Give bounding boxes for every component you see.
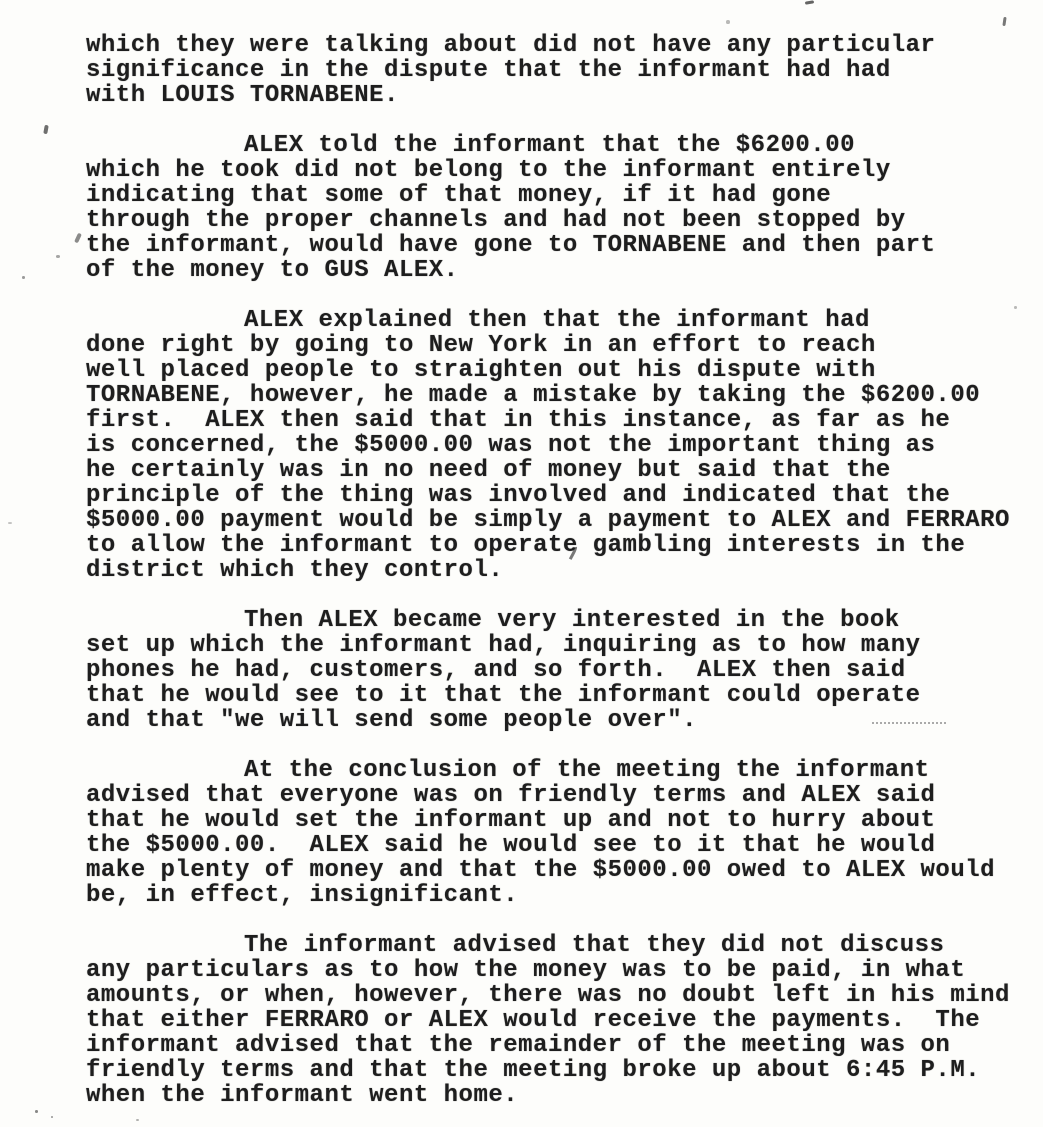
scan-speck bbox=[805, 0, 814, 5]
text-line: which he took did not belong to the info… bbox=[86, 158, 1026, 183]
scan-speck bbox=[22, 276, 25, 279]
text-line: ALEX told the informant that the $6200.0… bbox=[86, 133, 1026, 158]
text-line: amounts, or when, however, there was no … bbox=[86, 983, 1026, 1008]
paragraph: At the conclusion of the meeting the inf… bbox=[86, 758, 1026, 908]
text-line: TORNABENE, however, he made a mistake by… bbox=[86, 383, 1026, 408]
text-line: Then ALEX became very interested in the … bbox=[86, 608, 1026, 633]
scan-speck bbox=[51, 1116, 53, 1118]
text-line: be, in effect, insignificant. bbox=[86, 883, 1026, 908]
text-line: any particulars as to how the money was … bbox=[86, 958, 1026, 983]
text-line: informant advised that the remainder of … bbox=[86, 1033, 1026, 1058]
text-line: indicating that some of that money, if i… bbox=[86, 183, 1026, 208]
text-line: when the informant went home. bbox=[86, 1083, 1026, 1108]
scan-speck bbox=[1002, 17, 1006, 26]
scan-dash-artifact bbox=[872, 722, 946, 724]
text-line: through the proper channels and had not … bbox=[86, 208, 1026, 233]
text-line: At the conclusion of the meeting the inf… bbox=[86, 758, 1026, 783]
text-line: the $5000.00. ALEX said he would see to … bbox=[86, 833, 1026, 858]
text-line: done right by going to New York in an ef… bbox=[86, 333, 1026, 358]
text-line: ALEX explained then that the informant h… bbox=[86, 308, 1026, 333]
text-line: $5000.00 payment would be simply a payme… bbox=[86, 508, 1026, 533]
scan-speck bbox=[43, 125, 49, 135]
scan-speck bbox=[74, 233, 82, 244]
text-line: is concerned, the $5000.00 was not the i… bbox=[86, 433, 1026, 458]
text-line: that he would see to it that the informa… bbox=[86, 683, 1026, 708]
text-line: well placed people to straighten out his… bbox=[86, 358, 1026, 383]
scan-speck bbox=[1014, 306, 1017, 309]
paragraph: The informant advised that they did not … bbox=[86, 933, 1026, 1108]
text-line: that either FERRARO or ALEX would receiv… bbox=[86, 1008, 1026, 1033]
text-line: to allow the informant to operate gambli… bbox=[86, 533, 1026, 558]
text-line: friendly terms and that the meeting brok… bbox=[86, 1058, 1026, 1083]
scanned-document-page: which they were talking about did not ha… bbox=[0, 0, 1043, 1127]
text-line: The informant advised that they did not … bbox=[86, 933, 1026, 958]
text-line: significance in the dispute that the inf… bbox=[86, 58, 1026, 83]
typewritten-text-block: which they were talking about did not ha… bbox=[86, 33, 1026, 1108]
text-line: first. ALEX then said that in this insta… bbox=[86, 408, 1026, 433]
paragraph: ALEX told the informant that the $6200.0… bbox=[86, 133, 1026, 283]
text-line: which they were talking about did not ha… bbox=[86, 33, 1026, 58]
scan-speck bbox=[8, 522, 12, 524]
text-line: district which they control. bbox=[86, 558, 1026, 583]
text-line: and that "we will send some people over"… bbox=[86, 708, 1026, 733]
paragraph: which they were talking about did not ha… bbox=[86, 33, 1026, 108]
scan-speck bbox=[56, 255, 60, 258]
text-line: advised that everyone was on friendly te… bbox=[86, 783, 1026, 808]
text-line: phones he had, customers, and so forth. … bbox=[86, 658, 1026, 683]
text-line: the informant, would have gone to TORNAB… bbox=[86, 233, 1026, 258]
text-line: make plenty of money and that the $5000.… bbox=[86, 858, 1026, 883]
paragraph: Then ALEX became very interested in the … bbox=[86, 608, 1026, 733]
text-line: with LOUIS TORNABENE. bbox=[86, 83, 1026, 108]
paragraph: ALEX explained then that the informant h… bbox=[86, 308, 1026, 583]
text-line: of the money to GUS ALEX. bbox=[86, 258, 1026, 283]
text-line: principle of the thing was involved and … bbox=[86, 483, 1026, 508]
scan-speck bbox=[35, 1110, 38, 1113]
scan-speck bbox=[726, 20, 730, 24]
scan-speck bbox=[136, 1119, 139, 1121]
text-line: he certainly was in no need of money but… bbox=[86, 458, 1026, 483]
text-line: set up which the informant had, inquirin… bbox=[86, 633, 1026, 658]
text-line: that he would set the informant up and n… bbox=[86, 808, 1026, 833]
